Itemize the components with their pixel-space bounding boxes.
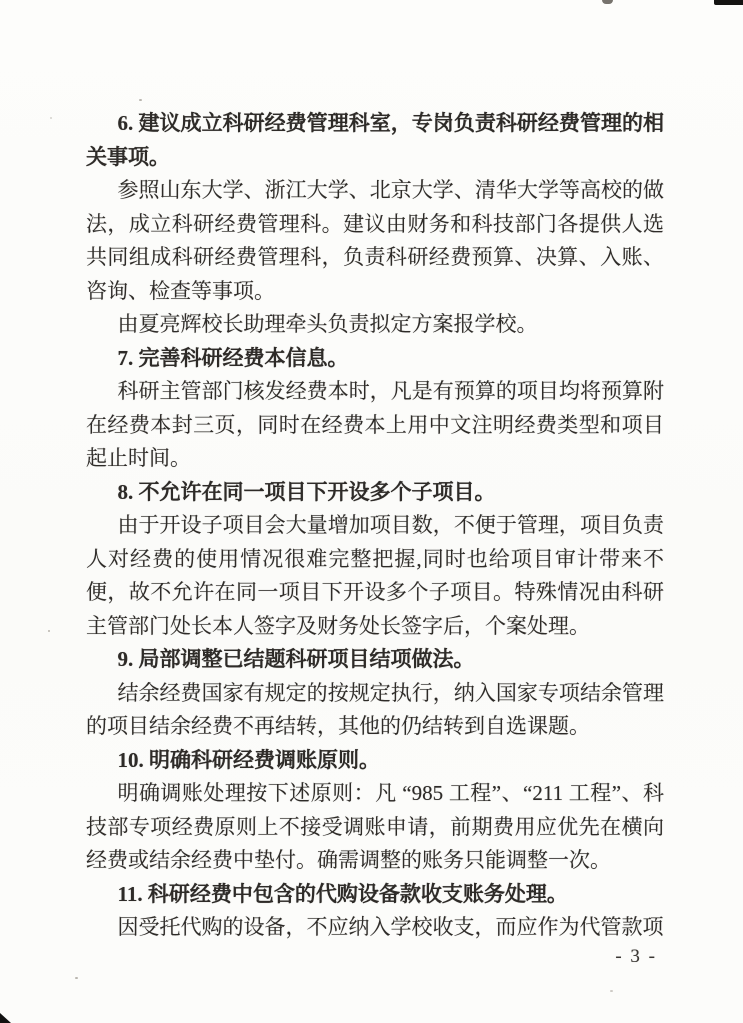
body-paragraph: 明确调账处理按下述原则：凡 “985 工程”、“211 工程”、科技部专项经费原… [86,777,664,878]
body-paragraph: 结余经费国家有规定的按规定执行，纳入国家专项结余管理的项目结余经费不再结转，其他… [86,677,664,744]
document-body: 6. 建议成立科研经费管理科室，专岗负责科研经费管理的相关事项。参照山东大学、浙… [86,107,664,945]
scan-speck [50,117,52,119]
scan-speck [48,630,50,632]
scan-artifact-top-smudge [602,0,613,4]
scan-speck [139,99,142,101]
section-heading: 7. 完善科研经费本信息。 [86,342,664,376]
body-paragraph: 因受托代购的设备，不应纳入学校收支，而应作为代管款项 [86,911,664,945]
scan-speck [75,977,78,979]
scan-artifact-top-right-bar [714,0,743,5]
body-paragraph: 科研主管部门核发经费本时，凡是有预算的项目均将预算附在经费本封三页，同时在经费本… [86,375,664,476]
scan-speck [610,990,613,992]
scan-artifact-bottom-left-corner [0,1013,11,1023]
body-paragraph: 由于开设子项目会大量增加项目数，不便于管理，项目负责人对经费的使用情况很难完整把… [86,509,664,643]
section-heading: 8. 不允许在同一项目下开设多个子项目。 [86,476,664,510]
section-heading: 10. 明确科研经费调账原则。 [86,744,664,778]
section-heading: 6. 建议成立科研经费管理科室，专岗负责科研经费管理的相关事项。 [86,107,664,174]
section-heading: 11. 科研经费中包含的代购设备款收支账务处理。 [86,878,664,912]
scanned-document-page: 6. 建议成立科研经费管理科室，专岗负责科研经费管理的相关事项。参照山东大学、浙… [0,0,743,1023]
section-heading: 9. 局部调整已结题科研项目结项做法。 [86,643,664,677]
body-paragraph: 参照山东大学、浙江大学、北京大学、清华大学等高校的做法，成立科研经费管理科。建议… [86,174,664,308]
body-paragraph: 由夏亮辉校长助理牵头负责拟定方案报学校。 [86,308,664,342]
page-number: - 3 - [615,946,657,968]
